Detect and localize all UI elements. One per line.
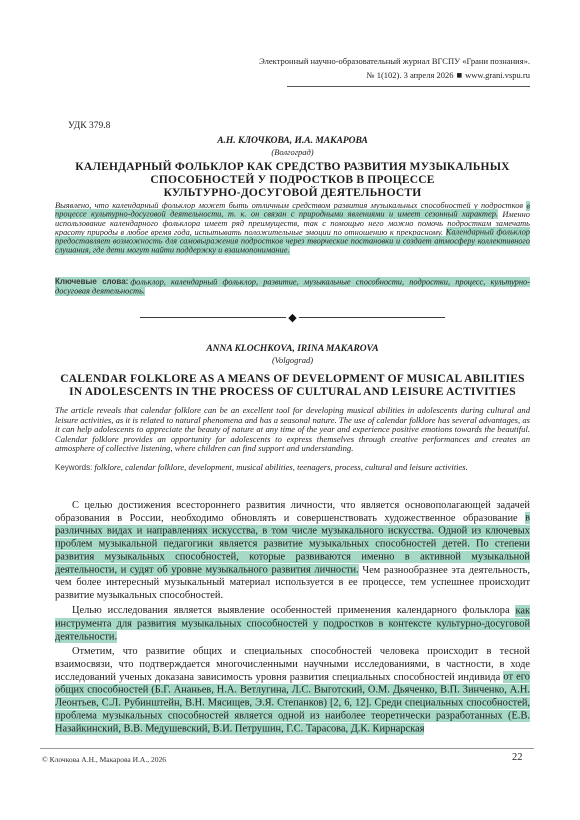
article-body: С целью достижения всестороннего развити… — [55, 500, 530, 738]
header-rule — [287, 86, 530, 87]
en-abstract: The article reveals that calendar folklo… — [55, 406, 530, 454]
issue-text: № 1(102). 3 апреля 2026 — [366, 70, 453, 80]
page-number: 22 — [512, 752, 523, 763]
copyright-notice: © Клочкова А.Н., Макарова И.А., 2026 — [42, 755, 166, 764]
en-keywords-label: Keywords: — [55, 463, 92, 472]
ru-abstract: Выявлено, что календарный фольклор может… — [55, 202, 530, 255]
issue-line: № 1(102). 3 апреля 2026■www.grani.vspu.r… — [55, 68, 530, 83]
body-paragraph: С целью достижения всестороннего развити… — [55, 500, 530, 603]
footer-rule — [40, 748, 534, 749]
en-article-title: CALENDAR FOLKLORE AS A MEANS OF DEVELOPM… — [55, 373, 530, 399]
journal-header: Электронный научно-образовательный журна… — [55, 54, 530, 83]
udc-label: УДК 379.8 — [68, 121, 110, 131]
en-authors: ANNA KLOCHKOVA, IRINA MAKAROVA — [55, 344, 530, 354]
separator-line-left — [140, 317, 286, 318]
keywords-highlight: Ключевые слова:фольклор, календарный фол… — [55, 277, 530, 297]
text-run: С целью достижения всестороннего развити… — [55, 500, 530, 524]
body-paragraph: Отметим, что развитие общих и специальны… — [55, 646, 530, 736]
ru-keywords: Ключевые слова:фольклор, календарный фол… — [55, 277, 530, 296]
en-keywords: Keywords:folklore, calendar folklore, de… — [55, 463, 530, 473]
text-run: Целью исследования является выявление ос… — [72, 605, 515, 616]
separator-line-right — [299, 317, 445, 318]
en-location: (Volgograd) — [55, 355, 530, 365]
ru-authors: А.Н. КЛОЧКОВА, И.А. МАКАРОВА — [55, 136, 530, 146]
diamond-icon: ◆ — [288, 312, 296, 323]
en-keywords-text: folklore, calendar folklore, development… — [94, 462, 467, 472]
journal-title-line: Электронный научно-образовательный журна… — [55, 54, 530, 68]
diamond-separator: ◆ — [55, 312, 530, 323]
body-paragraph: Целью исследования является выявление ос… — [55, 605, 530, 644]
journal-article-page: Электронный научно-образовательный журна… — [0, 0, 580, 820]
ru-article-title: КАЛЕНДАРНЫЙ ФОЛЬКЛОР КАК СРЕДСТВО РАЗВИТ… — [55, 161, 530, 200]
website-text: www.grani.vspu.ru — [465, 70, 530, 80]
ru-keywords-label: Ключевые слова: — [55, 277, 128, 286]
text-run: Отметим, что развитие общих и специальны… — [55, 646, 530, 683]
square-bullet-icon: ■ — [456, 69, 462, 83]
ru-location: (Волгоград) — [55, 147, 530, 157]
